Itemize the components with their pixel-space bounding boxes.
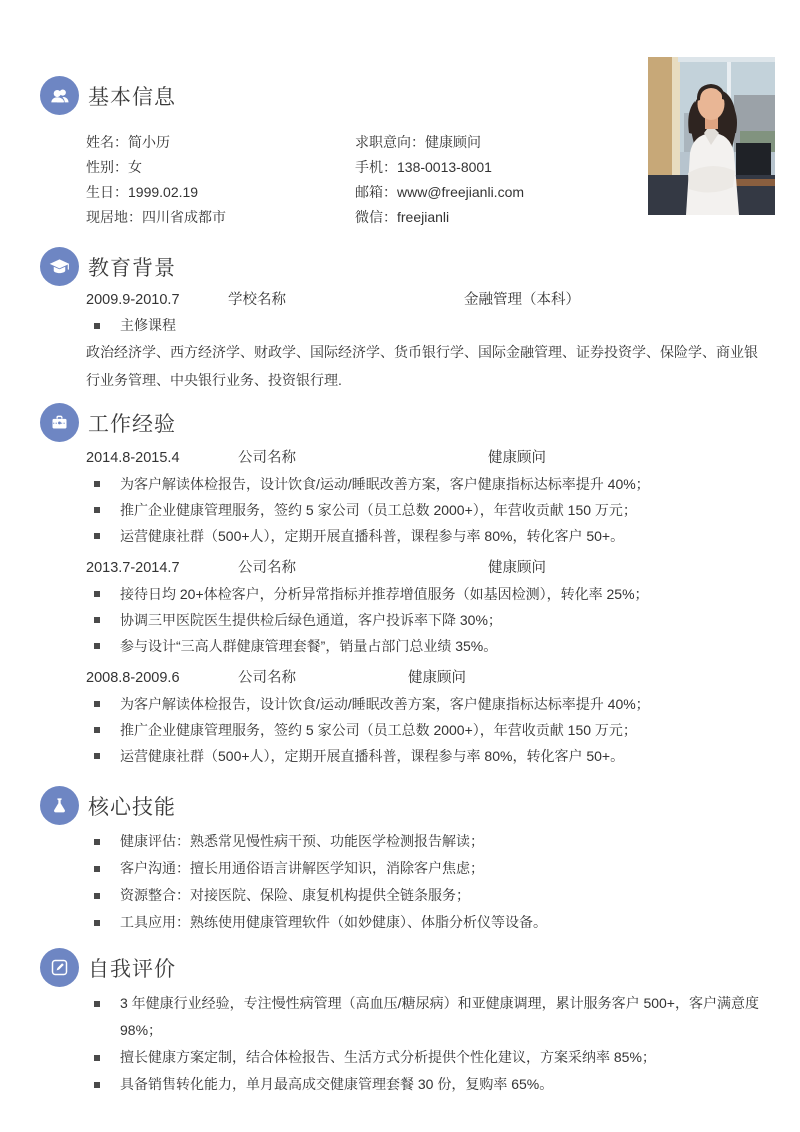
section-title: 工作经验 (88, 408, 176, 438)
skill-bullet: 资源整合：对接医院、保险、康复机构提供全链条服务； (86, 882, 774, 909)
job-entry: 2013.7-2014.7 公司名称 健康顾问 接待日均 20+体检客户，分析异… (86, 555, 774, 659)
job-period: 2008.8-2009.6 (86, 665, 238, 691)
job-bullet-text: 接待日均 20+体检客户，分析异常指标并推荐增值服务（如基因检测），转化率 25… (120, 586, 649, 602)
field-label: 现居地： (86, 209, 142, 225)
job-bullet: 为客户解读体检报告，设计饮食/运动/睡眠改善方案，客户健康指标达标率提升 40%… (86, 691, 774, 717)
job-bullet: 推广企业健康管理服务，签约 5 家公司（员工总数 2000+），年营收贡献 15… (86, 497, 774, 523)
bullet-square-icon (94, 323, 100, 329)
briefcase-icon (40, 403, 79, 442)
field-value: 健康顾问 (425, 134, 481, 150)
section-core-skills: 核心技能 健康评估：熟悉常见慢性病干预、功能医学检测报告解读； 客户沟通：擅长用… (0, 786, 800, 936)
graduation-cap-icon (40, 247, 79, 286)
field-label: 邮箱： (355, 184, 397, 200)
job-role: 健康顾问 (488, 445, 546, 471)
field-label: 微信： (355, 209, 397, 225)
job-bullet: 运营健康社群（500+人），定期开展直播科普，课程参与率 80%，转化客户 50… (86, 523, 774, 549)
skill-bullet: 客户沟通：擅长用通俗语言讲解医学知识，消除客户焦虑； (86, 855, 774, 882)
section-work-experience: 工作经验 2014.8-2015.4 公司名称 健康顾问 为客户解读体检报告，设… (0, 403, 800, 775)
skill-text: 健康评估：熟悉常见慢性病干预、功能医学检测报告解读； (120, 833, 484, 849)
section-title: 自我评价 (88, 953, 176, 983)
job-header: 2014.8-2015.4 公司名称 健康顾问 (86, 445, 774, 471)
section-header: 基本信息 (0, 76, 800, 115)
bullet-square-icon (94, 1055, 100, 1061)
job-bullet: 参与设计“三高人群健康管理套餐”，销量占部门总业绩 35%。 (86, 633, 774, 659)
field-label: 姓名： (86, 134, 128, 150)
field-value: www@freejianli.com (397, 184, 524, 200)
bullet-square-icon (94, 533, 100, 539)
resume-page: { "meta": { "accent_color": "#6e86c3", "… (0, 0, 800, 1132)
evaluation-text: 擅长健康方案定制，结合体检报告、生活方式分析提供个性化建议，方案采纳率 85%； (120, 1049, 656, 1065)
skill-bullet: 健康评估：熟悉常见慢性病干预、功能医学检测报告解读； (86, 828, 774, 855)
job-header: 2008.8-2009.6 公司名称 健康顾问 (86, 665, 774, 691)
bullet-square-icon (94, 753, 100, 759)
field-email: 邮箱：www@freejianli.com (355, 180, 774, 205)
section-education: 教育背景 2009.9-2010.7 学校名称 金融管理（本科） 主修课程 政治… (0, 247, 800, 394)
field-label: 求职意向： (355, 134, 425, 150)
field-value: 138-0013-8001 (397, 159, 492, 175)
field-value: freejianli (397, 209, 449, 225)
job-bullet: 推广企业健康管理服务，签约 5 家公司（员工总数 2000+），年营收贡献 15… (86, 717, 774, 743)
bullet-square-icon (94, 617, 100, 623)
education-school: 学校名称 (228, 288, 464, 313)
bullet-square-icon (94, 701, 100, 707)
job-header: 2013.7-2014.7 公司名称 健康顾问 (86, 555, 774, 581)
job-role: 健康顾问 (408, 665, 466, 691)
job-bullet-text: 推广企业健康管理服务，签约 5 家公司（员工总数 2000+），年营收贡献 15… (120, 722, 637, 738)
section-header: 教育背景 (0, 247, 800, 286)
field-birthday: 生日：1999.02.19 (86, 180, 355, 205)
users-icon (40, 76, 79, 115)
skill-text: 客户沟通：擅长用通俗语言讲解医学知识，消除客户焦虑； (120, 860, 484, 876)
job-bullet-text: 协调三甲医院医生提供检后绿色通道，客户投诉率下降 30%； (120, 612, 502, 628)
bullet-square-icon (94, 481, 100, 487)
job-bullet: 接待日均 20+体检客户，分析异常指标并推荐增值服务（如基因检测），转化率 25… (86, 581, 774, 607)
job-bullet-text: 参与设计“三高人群健康管理套餐”，销量占部门总业绩 35%。 (120, 638, 497, 654)
field-value: 四川省成都市 (142, 209, 226, 225)
field-value: 简小历 (128, 134, 170, 150)
section-self-evaluation: 自我评价 3 年健康行业经验，专注慢性病管理（高血压/糖尿病）和亚健康调理，累计… (0, 948, 800, 1098)
skill-text: 资源整合：对接医院、保险、康复机构提供全链条服务； (120, 887, 470, 903)
field-objective: 求职意向：健康顾问 (355, 130, 774, 155)
education-degree: 金融管理（本科） (464, 288, 580, 313)
evaluation-text: 具备销售转化能力，单月最高成交健康管理套餐 30 份，复购率 65%。 (120, 1076, 553, 1092)
field-label: 生日： (86, 184, 128, 200)
job-period: 2014.8-2015.4 (86, 445, 238, 471)
job-bullet: 运营健康社群（500+人），定期开展直播科普，课程参与率 80%，转化客户 50… (86, 743, 774, 769)
evaluation-bullet: 具备销售转化能力，单月最高成交健康管理套餐 30 份，复购率 65%。 (86, 1071, 774, 1098)
job-company: 公司名称 (238, 555, 488, 581)
evaluation-bullet: 擅长健康方案定制，结合体检报告、生活方式分析提供个性化建议，方案采纳率 85%； (86, 1044, 774, 1071)
bullet-square-icon (94, 839, 100, 845)
bullet-square-icon (94, 643, 100, 649)
education-course-label-row: 主修课程 (86, 313, 774, 338)
field-name: 姓名：简小历 (86, 130, 355, 155)
education-period: 2009.9-2010.7 (86, 288, 228, 313)
bullet-square-icon (94, 866, 100, 872)
section-header: 工作经验 (0, 403, 800, 442)
field-wechat: 微信：freejianli (355, 205, 774, 230)
job-bullet: 协调三甲医院医生提供检后绿色通道，客户投诉率下降 30%； (86, 607, 774, 633)
pencil-icon (40, 948, 79, 987)
section-header: 核心技能 (0, 786, 800, 825)
bullet-square-icon (94, 1001, 100, 1007)
field-label: 手机： (355, 159, 397, 175)
bullet-square-icon (94, 920, 100, 926)
job-bullet-text: 运营健康社群（500+人），定期开展直播科普，课程参与率 80%，转化客户 50… (120, 748, 624, 764)
job-role: 健康顾问 (488, 555, 546, 581)
bullet-square-icon (94, 1082, 100, 1088)
job-bullet-text: 运营健康社群（500+人），定期开展直播科普，课程参与率 80%，转化客户 50… (120, 528, 624, 544)
flask-icon (40, 786, 79, 825)
education-entry-header: 2009.9-2010.7 学校名称 金融管理（本科） (86, 288, 774, 313)
field-location: 现居地：四川省成都市 (86, 205, 355, 230)
basic-info-grid: 姓名：简小历 求职意向：健康顾问 性别：女 手机：138-0013-8001 生… (86, 130, 774, 230)
skill-text: 工具应用：熟练使用健康管理软件（如妙健康）、体脂分析仪等设备。 (120, 914, 547, 930)
job-bullet-text: 推广企业健康管理服务，签约 5 家公司（员工总数 2000+），年营收贡献 15… (120, 502, 637, 518)
course-label: 主修课程 (120, 317, 176, 333)
field-phone: 手机：138-0013-8001 (355, 155, 774, 180)
bullet-square-icon (94, 507, 100, 513)
education-courses: 政治经济学、西方经济学、财政学、国际经济学、货币银行学、国际金融管理、证券投资学… (86, 338, 770, 394)
field-gender: 性别：女 (86, 155, 355, 180)
skill-bullet: 工具应用：熟练使用健康管理软件（如妙健康）、体脂分析仪等设备。 (86, 909, 774, 936)
section-title: 核心技能 (88, 791, 176, 821)
evaluation-bullet: 3 年健康行业经验，专注慢性病管理（高血压/糖尿病）和亚健康调理，累计服务客户 … (86, 990, 774, 1044)
field-value: 1999.02.19 (128, 184, 198, 200)
job-entry: 2014.8-2015.4 公司名称 健康顾问 为客户解读体检报告，设计饮食/运… (86, 445, 774, 549)
job-period: 2013.7-2014.7 (86, 555, 238, 581)
field-value: 女 (128, 159, 142, 175)
section-title: 教育背景 (88, 252, 176, 282)
bullet-square-icon (94, 893, 100, 899)
section-title: 基本信息 (88, 81, 176, 111)
bullet-square-icon (94, 591, 100, 597)
section-header: 自我评价 (0, 948, 800, 987)
section-basic-info: 基本信息 姓名：简小历 求职意向：健康顾问 性别：女 手机：138-0013-8… (0, 76, 800, 230)
job-bullet: 为客户解读体检报告，设计饮食/运动/睡眠改善方案，客户健康指标达标率提升 40%… (86, 471, 774, 497)
evaluation-text: 3 年健康行业经验，专注慢性病管理（高血压/糖尿病）和亚健康调理，累计服务客户 … (120, 995, 759, 1038)
job-entry: 2008.8-2009.6 公司名称 健康顾问 为客户解读体检报告，设计饮食/运… (86, 665, 774, 769)
job-bullet-text: 为客户解读体检报告，设计饮食/运动/睡眠改善方案，客户健康指标达标率提升 40%… (120, 696, 650, 712)
field-label: 性别： (86, 159, 128, 175)
job-company: 公司名称 (238, 665, 408, 691)
job-company: 公司名称 (238, 445, 488, 471)
job-bullet-text: 为客户解读体检报告，设计饮食/运动/睡眠改善方案，客户健康指标达标率提升 40%… (120, 476, 650, 492)
bullet-square-icon (94, 727, 100, 733)
